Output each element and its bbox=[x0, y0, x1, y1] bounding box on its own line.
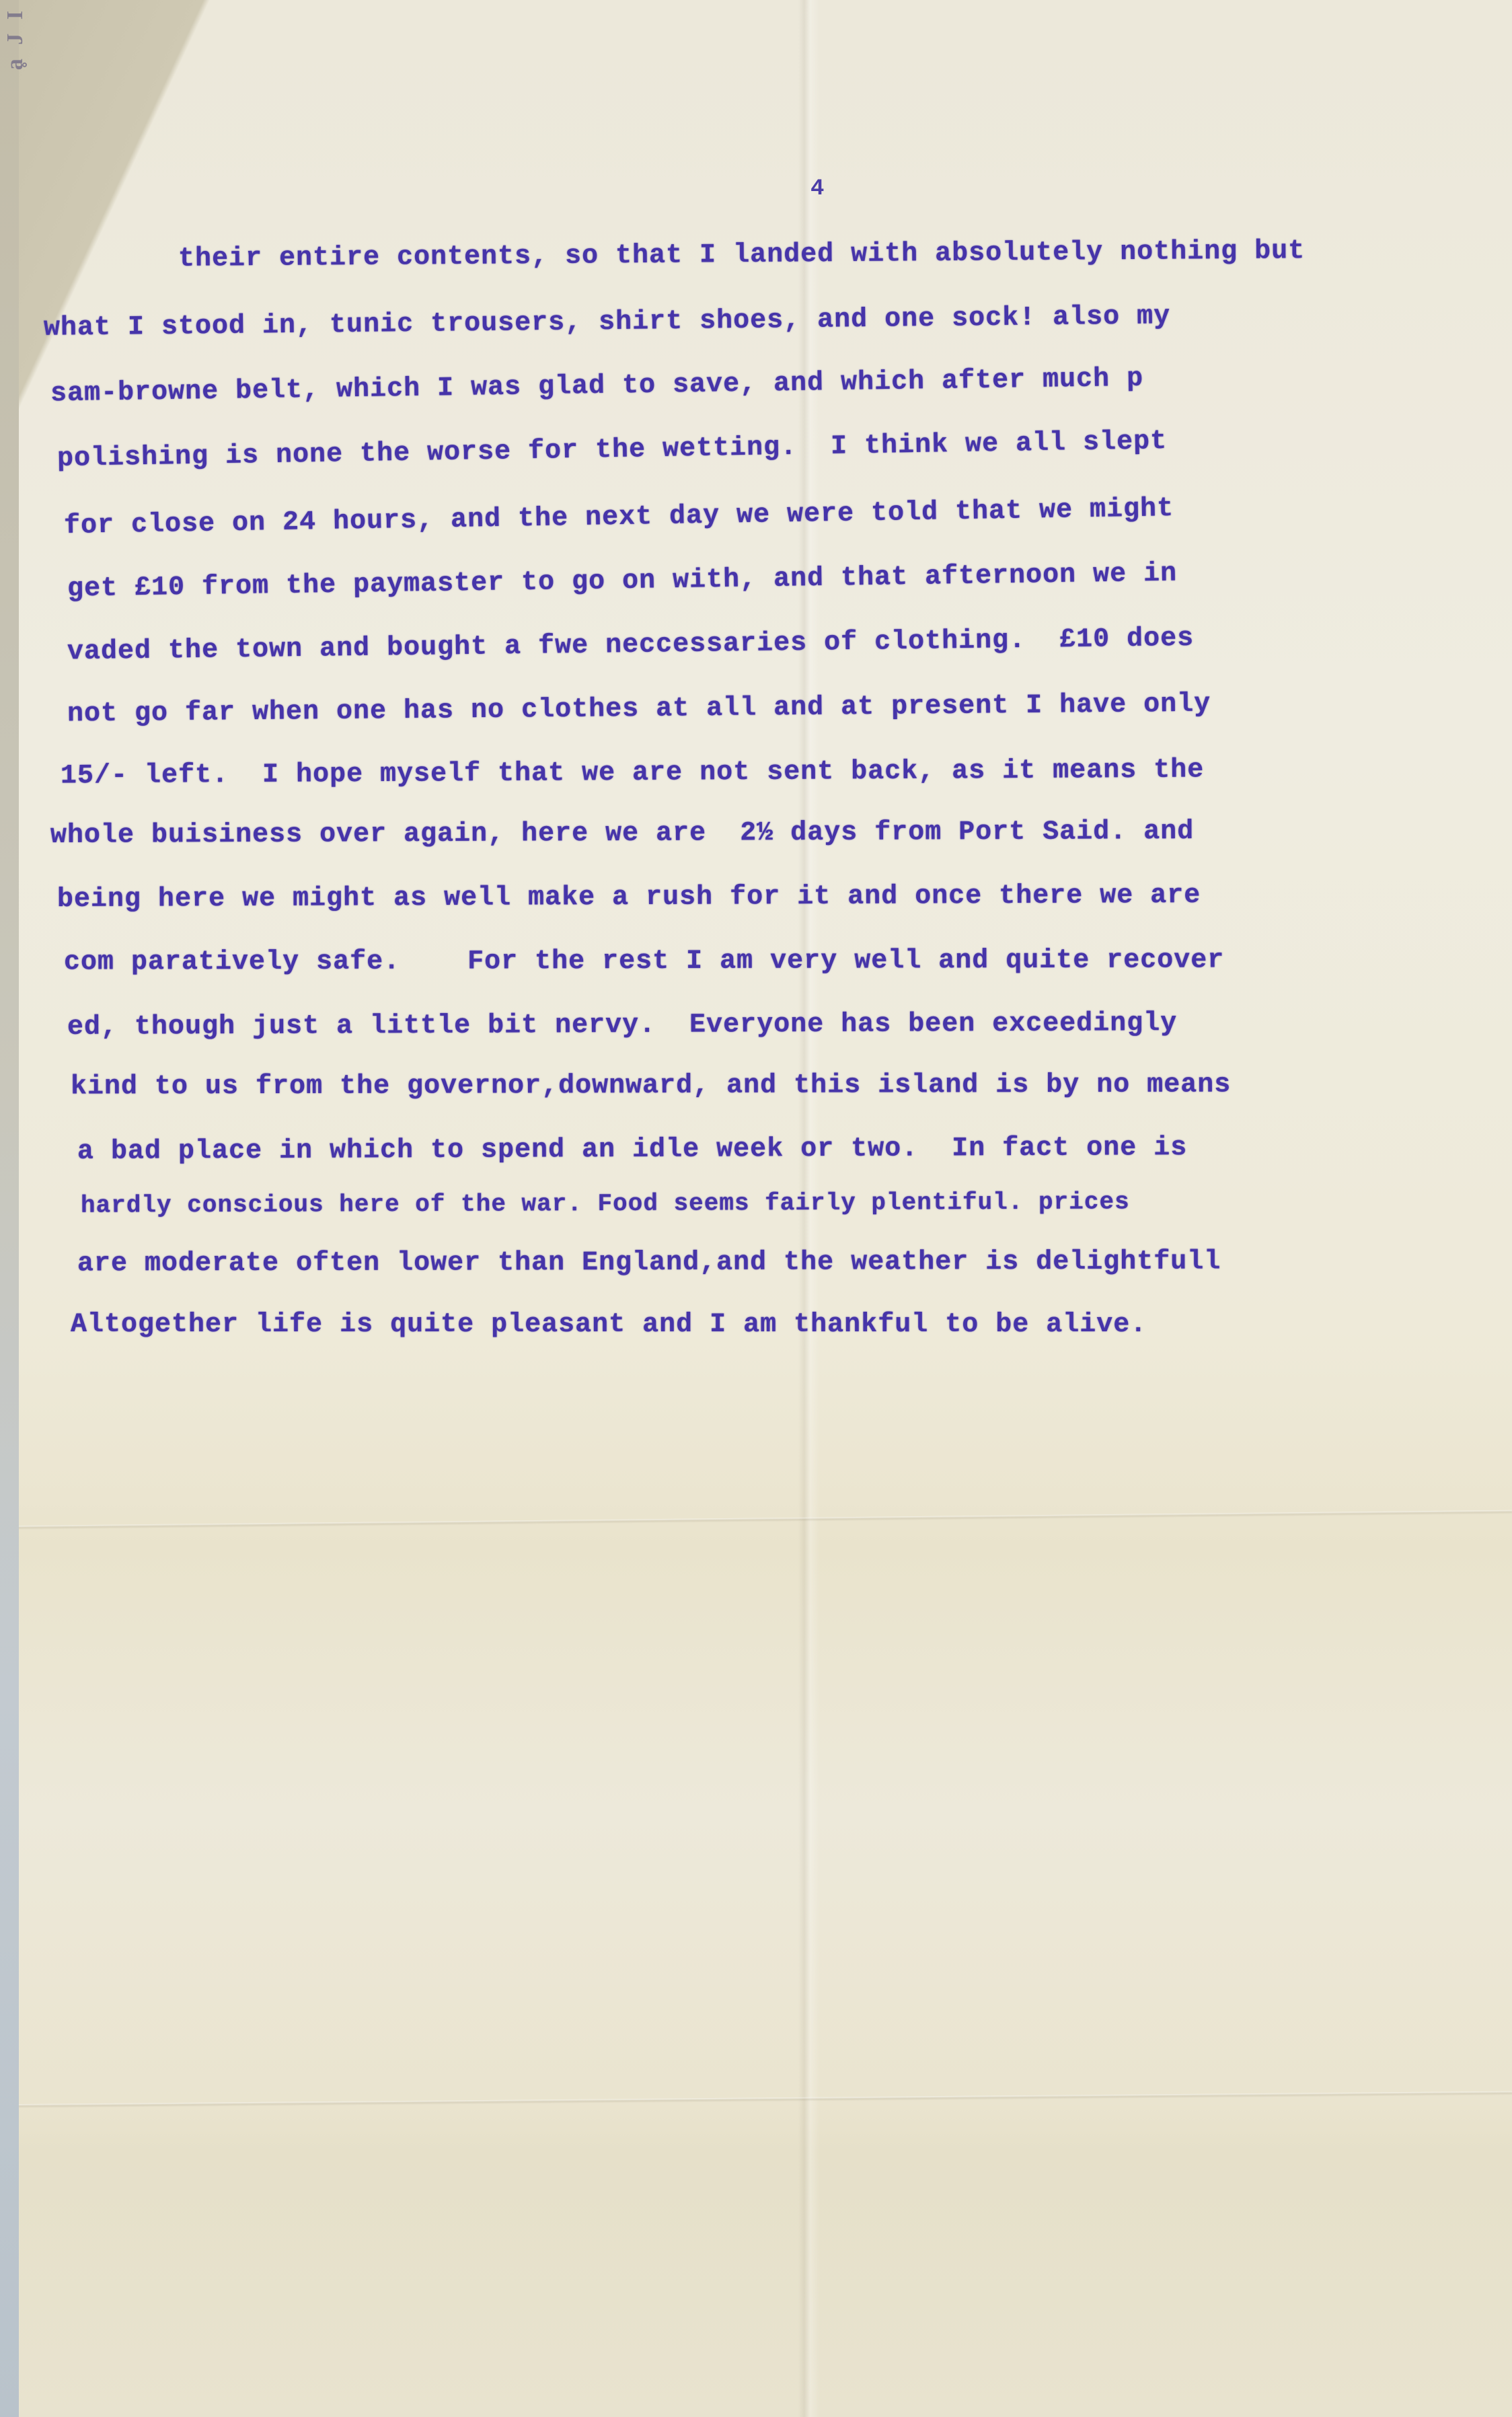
letter-line: Altogether life is quite pleasant and I … bbox=[71, 1312, 1147, 1339]
letter-line: com paratively safe. For the rest I am v… bbox=[64, 947, 1224, 976]
margin-handwriting: ḁ J I bbox=[3, 7, 28, 70]
letter-line: 15/- left. I hope myself that we are not… bbox=[61, 757, 1204, 790]
letter-line: ed, though just a little bit nervy. Ever… bbox=[67, 1010, 1177, 1041]
letter-line: being here we might as well make a rush … bbox=[57, 883, 1201, 914]
letter-line: kind to us from the governor,downward, a… bbox=[71, 1072, 1231, 1101]
letter-line: hardly conscious here of the war. Food s… bbox=[81, 1190, 1130, 1218]
letter-line: a bad place in which to spend an idle we… bbox=[77, 1135, 1187, 1166]
letter-line: whole buisiness over again, here we are … bbox=[50, 819, 1194, 850]
page-number: 4 bbox=[810, 176, 824, 202]
letter-line: are moderate often lower than England,an… bbox=[77, 1249, 1221, 1278]
